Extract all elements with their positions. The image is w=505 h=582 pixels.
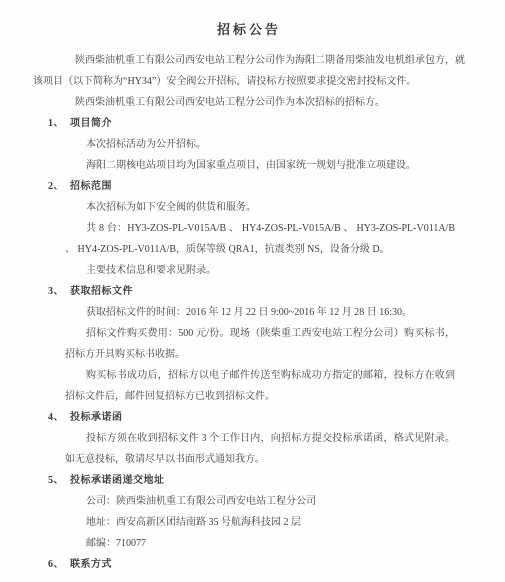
paragraph: 本次招标活动为公开招标。 (65, 134, 455, 155)
section-project-overview: 1、项目简介 本次招标活动为公开招标。 海阳二期核电站项目均为国家重点项目，由国… (33, 113, 465, 176)
section-label: 招标范围 (70, 181, 112, 192)
postal-code-line: 邮编：710077 (65, 533, 455, 554)
section-label: 获取招标文件 (70, 286, 133, 297)
section-contact-info: 6、联系方式 (33, 554, 465, 575)
paragraph: 购买标书成功后，招标方以电子邮件传送至购标成功方指定的邮箱，投标方在收到招标文件… (65, 365, 455, 407)
section-label: 投标承诺函 (70, 412, 123, 423)
address-line: 地址：西安高新区团结南路 35 号航海科技园 2 层 (65, 512, 455, 533)
section-label: 项目简介 (70, 118, 112, 129)
section-obtain-documents: 3、获取招标文件 获取招标文件的时间：2016 年 12 月 22 日 9:00… (33, 281, 465, 407)
paragraph: 投标方须在收到招标文件 3 个工作日内，向招标方提交投标承诺函，格式见附录。如无… (65, 428, 455, 470)
intro-paragraph: 陕西柴油机重工有限公司西安电站工程分公司作为海阳二期备用柴油发电机组承包方，就该… (33, 50, 465, 92)
section-number: 6、 (48, 559, 64, 570)
section-number: 2、 (48, 181, 64, 192)
section-heading: 5、投标承诺函递交地址 (48, 470, 465, 491)
company-line: 公司：陕西柴油机重工有限公司西安电站工程分公司 (65, 491, 455, 512)
section-heading: 6、联系方式 (48, 554, 465, 575)
section-heading: 1、项目简介 (48, 113, 465, 134)
paragraph: 共 8 台：HY3-ZOS-PL-V015A/B 、 HY4-ZOS-PL-V0… (65, 218, 455, 260)
section-delivery-address: 5、投标承诺函递交地址 公司：陕西柴油机重工有限公司西安电站工程分公司 地址：西… (33, 470, 465, 554)
section-tender-scope: 2、招标范围 本次招标为如下安全阀的供货和服务。 共 8 台：HY3-ZOS-P… (33, 176, 465, 281)
section-heading: 3、获取招标文件 (48, 281, 465, 302)
page-title: 招标公告 (33, 20, 465, 40)
section-number: 1、 (48, 118, 64, 129)
section-label: 联系方式 (70, 559, 112, 570)
section-label: 投标承诺函递交地址 (70, 475, 165, 486)
paragraph: 本次招标为如下安全阀的供货和服务。 (65, 197, 455, 218)
document-page: 招标公告 陕西柴油机重工有限公司西安电站工程分公司作为海阳二期备用柴油发电机组承… (0, 0, 505, 582)
section-number: 5、 (48, 475, 64, 486)
section-bid-commitment-letter: 4、投标承诺函 投标方须在收到招标文件 3 个工作日内，向招标方提交投标承诺函，… (33, 407, 465, 470)
section-heading: 4、投标承诺函 (48, 407, 465, 428)
paragraph: 海阳二期核电站项目均为国家重点项目，由国家统一规划与批准立项建设。 (65, 155, 455, 176)
paragraph: 主要技术信息和要求见附录。 (65, 260, 455, 281)
paragraph: 招标文件购买费用：500 元/份。现场（陕柴重工西安电站工程分公司）购买标书，招… (65, 323, 455, 365)
intro-paragraph: 陕西柴油机重工有限公司西安电站工程分公司作为本次招标的招标方。 (33, 92, 465, 113)
section-number: 3、 (48, 286, 64, 297)
paragraph: 获取招标文件的时间：2016 年 12 月 22 日 9:00~2016 年 1… (65, 302, 455, 323)
section-number: 4、 (48, 412, 64, 423)
section-heading: 2、招标范围 (48, 176, 465, 197)
